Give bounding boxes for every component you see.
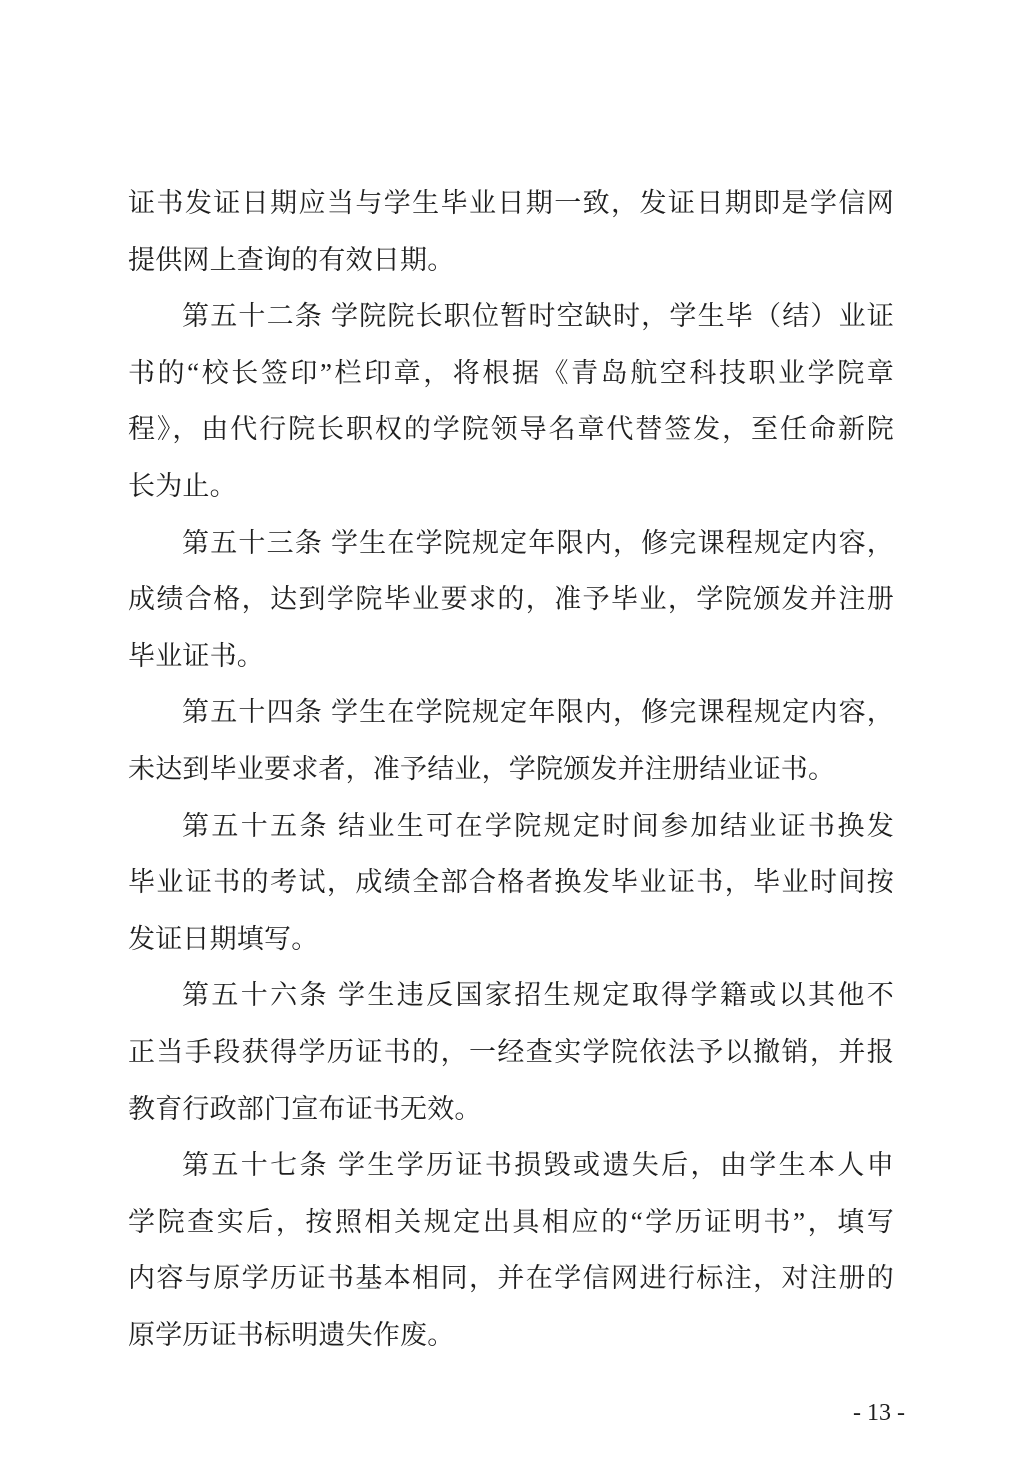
- paragraph: 第五十四条 学生在学院规定年限内，修完课程规定内容，未达到毕业要求者，准予结业，…: [128, 684, 894, 797]
- text-line: 第五十七条 学生学历证书损毁或遗失后，由学生本人申请，: [128, 1137, 894, 1194]
- paragraph: 证书发证日期应当与学生毕业日期一致，发证日期即是学信网提供网上查询的有效日期。: [128, 175, 894, 288]
- text-line: 毕业证书。: [128, 628, 894, 685]
- text-line: 程》，由代行院长职权的学院领导名章代替签发，至任命新院: [128, 401, 894, 458]
- text-line: 第五十三条 学生在学院规定年限内，修完课程规定内容，: [128, 515, 894, 572]
- text-line: 学院查实后，按照相关规定出具相应的“学历证明书”，填写: [128, 1194, 894, 1251]
- text-line: 书的“校长签印”栏印章，将根据《青岛航空科技职业学院章: [128, 345, 894, 402]
- paragraph: 第五十二条 学院院长职位暂时空缺时，学生毕（结）业证书的“校长签印”栏印章，将根…: [128, 288, 894, 514]
- text-line: 内容与原学历证书基本相同，并在学信网进行标注，对注册的: [128, 1250, 894, 1307]
- text-line: 毕业证书的考试，成绩全部合格者换发毕业证书，毕业时间按: [128, 854, 894, 911]
- paragraph: 第五十六条 学生违反国家招生规定取得学籍或以其他不正当手段获得学历证书的，一经查…: [128, 967, 894, 1137]
- paragraph: 第五十五条 结业生可在学院规定时间参加结业证书换发毕业证书的考试，成绩全部合格者…: [128, 798, 894, 968]
- text-line: 成绩合格，达到学院毕业要求的，准予毕业，学院颁发并注册: [128, 571, 894, 628]
- paragraph: 第五十七条 学生学历证书损毁或遗失后，由学生本人申请，学院查实后，按照相关规定出…: [128, 1137, 894, 1363]
- text-line: 正当手段获得学历证书的，一经查实学院依法予以撤销，并报: [128, 1024, 894, 1081]
- text-line: 提供网上查询的有效日期。: [128, 232, 894, 289]
- text-line: 第五十二条 学院院长职位暂时空缺时，学生毕（结）业证: [128, 288, 894, 345]
- text-line: 教育行政部门宣布证书无效。: [128, 1081, 894, 1138]
- text-line: 发证日期填写。: [128, 911, 894, 968]
- text-line: 长为止。: [128, 458, 894, 515]
- text-line: 原学历证书标明遗失作废。: [128, 1307, 894, 1364]
- paragraph: 第五十三条 学生在学院规定年限内，修完课程规定内容，成绩合格，达到学院毕业要求的…: [128, 515, 894, 685]
- document-page: 证书发证日期应当与学生毕业日期一致，发证日期即是学信网提供网上查询的有效日期。第…: [0, 0, 1036, 1483]
- text-line: 第五十五条 结业生可在学院规定时间参加结业证书换发: [128, 798, 894, 855]
- text-line: 第五十四条 学生在学院规定年限内，修完课程规定内容，: [128, 684, 894, 741]
- page-number: - 13 -: [819, 1398, 939, 1428]
- text-line: 第五十六条 学生违反国家招生规定取得学籍或以其他不: [128, 967, 894, 1024]
- text-line: 未达到毕业要求者，准予结业，学院颁发并注册结业证书。: [128, 741, 894, 798]
- document-body: 证书发证日期应当与学生毕业日期一致，发证日期即是学信网提供网上查询的有效日期。第…: [128, 175, 894, 1363]
- text-line: 证书发证日期应当与学生毕业日期一致，发证日期即是学信网: [128, 175, 894, 232]
